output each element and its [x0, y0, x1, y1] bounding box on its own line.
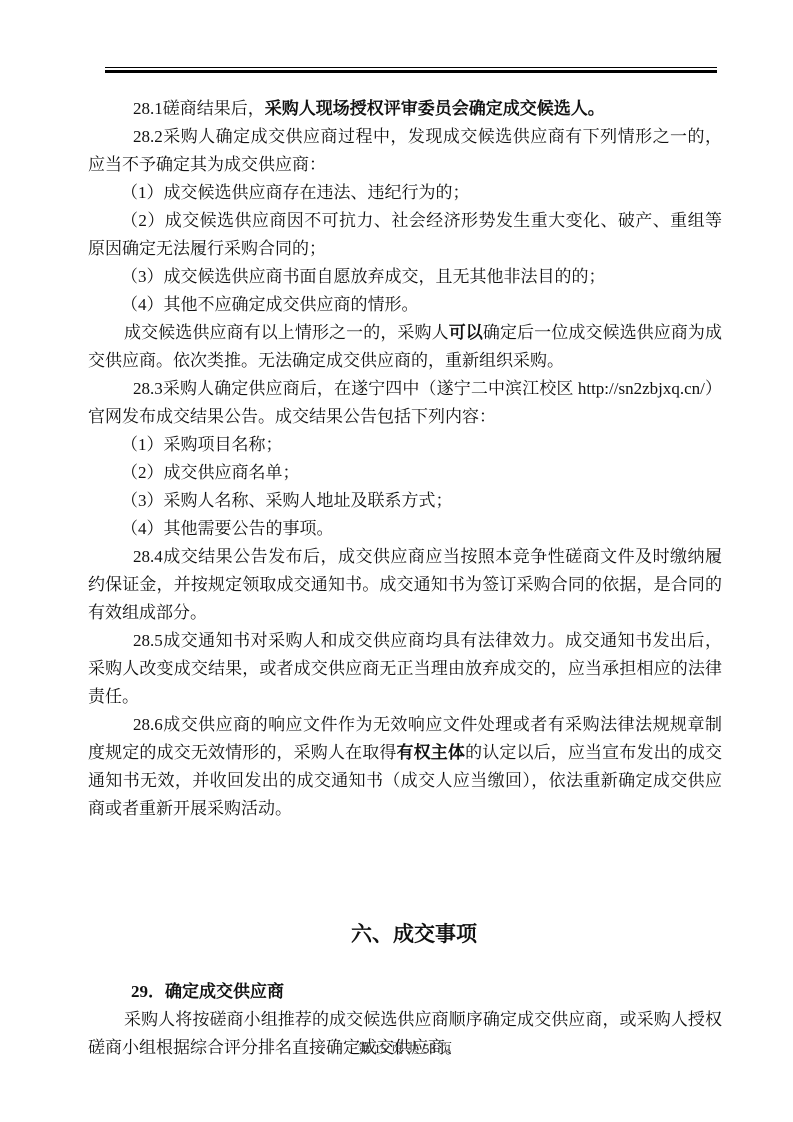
paragraph: （2）成交候选供应商因不可抗力、社会经济形势发生重大变化、破产、重组等原因确定无…	[88, 207, 722, 263]
text-run: 29．确定成交供应商	[131, 982, 284, 1001]
text-run: 成交候选供应商有以上情形之一的，采购人	[124, 323, 449, 342]
paragraph: 成交候选供应商有以上情形之一的，采购人可以确定后一位成交候选供应商为成交供应商。…	[88, 319, 722, 375]
paragraph: （3）采购人名称、采购人地址及联系方式；	[88, 487, 722, 515]
text-run: 28.5成交通知书对采购人和成交供应商均具有法律效力。成交通知书发出后，采购人改…	[88, 631, 722, 706]
text-run: 六、成交事项	[351, 922, 477, 946]
paragraph: 28.2采购人确定成交供应商过程中，发现成交候选供应商有下列情形之一的，应当不予…	[88, 123, 722, 179]
paragraph: （3）成交候选供应商书面自愿放弃成交，且无其他非法目的的；	[88, 263, 722, 291]
paragraph: 28.1磋商结果后，采购人现场授权评审委员会确定成交候选人。	[88, 95, 722, 123]
paragraph: （4）其他不应确定成交供应商的情形。	[88, 291, 722, 319]
text-run: （3）成交候选供应商书面自愿放弃成交，且无其他非法目的的；	[121, 267, 606, 286]
bold-text-run: 可以	[449, 323, 483, 342]
text-run: 28.1磋商结果后，	[133, 99, 265, 118]
text-run: 28.4成交结果公告发布后，成交供应商应当按照本竞争性磋商文件及时缴纳履约保证金…	[88, 547, 722, 622]
paragraph: （1）采购项目名称；	[88, 431, 722, 459]
paragraph: 28.6成交供应商的响应文件作为无效响应文件处理或者有采购法律法规规章制度规定的…	[88, 711, 722, 823]
text-run: （4）其他需要公告的事项。	[121, 519, 334, 538]
paragraph: （2）成交供应商名单；	[88, 459, 722, 487]
text-run: 28.3采购人确定供应商后，在遂宁四中（遂宁二中滨江校区 http://sn2z…	[88, 379, 722, 426]
text-run: （3）采购人名称、采购人地址及联系方式；	[121, 491, 453, 510]
section-heading: 六、成交事项	[88, 917, 722, 951]
bold-text-run: 有权主体	[397, 743, 466, 762]
text-run: （1）采购项目名称；	[121, 435, 283, 454]
text-run: （2）成交供应商名单；	[121, 463, 300, 482]
paragraph: 28.4成交结果公告发布后，成交供应商应当按照本竞争性磋商文件及时缴纳履约保证金…	[88, 543, 722, 627]
page-number: 第 15 页 共 53 页	[88, 1040, 722, 1058]
text-run: （4）其他不应确定成交供应商的情形。	[121, 295, 419, 314]
paragraph: （4）其他需要公告的事项。	[88, 515, 722, 543]
paragraph: （1）成交候选供应商存在违法、违纪行为的；	[88, 179, 722, 207]
header-rule	[105, 67, 717, 73]
document-paragraphs: 28.1磋商结果后，采购人现场授权评审委员会确定成交候选人。28.2采购人确定成…	[88, 95, 722, 1062]
paragraph: 28.5成交通知书对采购人和成交供应商均具有法律效力。成交通知书发出后，采购人改…	[88, 627, 722, 711]
clause-heading: 29．确定成交供应商	[88, 978, 722, 1006]
text-run: 28.2采购人确定成交供应商过程中，发现成交候选供应商有下列情形之一的，应当不予…	[88, 127, 722, 174]
paragraph: 28.3采购人确定供应商后，在遂宁四中（遂宁二中滨江校区 http://sn2z…	[88, 375, 722, 431]
bold-text-run: 采购人现场授权评审委员会确定成交候选人。	[265, 99, 605, 118]
text-run: （2）成交候选供应商因不可抗力、社会经济形势发生重大变化、破产、重组等原因确定无…	[88, 211, 722, 258]
text-run: （1）成交候选供应商存在违法、违纪行为的；	[121, 183, 470, 202]
document-page: 28.1磋商结果后，采购人现场授权评审委员会确定成交候选人。28.2采购人确定成…	[0, 0, 793, 1122]
